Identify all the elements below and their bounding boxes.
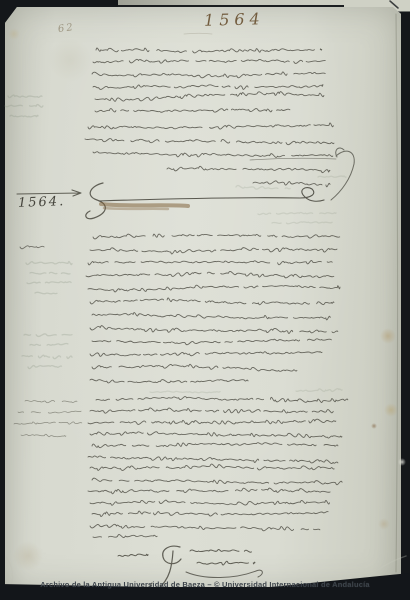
folio-number: 62 xyxy=(57,22,75,35)
manuscript-page xyxy=(5,7,401,590)
margin-year: 1564. xyxy=(18,194,66,211)
header-year: 1564 xyxy=(204,9,265,30)
archive-caption: Archivo de la Antigua Universidad de Bae… xyxy=(0,580,410,589)
manuscript-photo: 1564 1564. 62 Archivo de la Antigua Univ… xyxy=(0,0,410,600)
